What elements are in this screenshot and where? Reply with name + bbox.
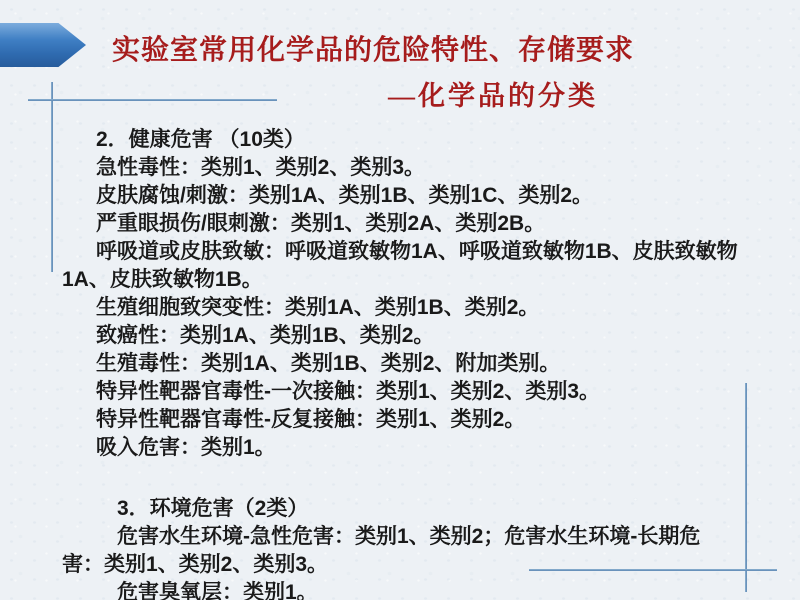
body-line-environment-hazard-heading: 3．环境危害（2类） <box>62 495 768 523</box>
body-line-stot-repeated-exposure: 特异性靶器官毒性-反复接触：类别1、类别2。 <box>62 406 768 434</box>
section-gap <box>62 462 768 495</box>
body-line-reproductive-toxicity: 生殖毒性：类别1A、类别1B、类别2、附加类别。 <box>62 350 768 378</box>
slide-title: 实验室常用化学品的危险特性、存储要求 <box>112 28 772 68</box>
body-line-aquatic-hazard: 危害水生环境-急性危害：类别1、类别2；危害水生环境-长期危 <box>62 523 768 551</box>
arrow-banner-icon <box>0 23 86 67</box>
body-line-health-hazard-heading: 2．健康危害 （10类） <box>62 126 768 154</box>
body-line-aspiration-hazard: 吸入危害：类别1。 <box>62 434 768 462</box>
body-line-eye-damage: 严重眼损伤/眼刺激：类别1、类别2A、类别2B。 <box>62 210 768 238</box>
slide-canvas: 实验室常用化学品的危险特性、存储要求 —化学品的分类 2．健康危害 （10类） … <box>0 0 800 600</box>
slide-subtitle: —化学品的分类 <box>388 74 788 113</box>
body-line-ozone-layer-hazard: 危害臭氧层：类别1。 <box>62 579 768 600</box>
body-line-acute-toxicity: 急性毒性：类别1、类别2、类别3。 <box>62 154 768 182</box>
body-line-stot-single-exposure: 特异性靶器官毒性-一次接触：类别1、类别2、类别3。 <box>62 378 768 406</box>
body-line-sensitization-wrap: 1A、皮肤致敏物1B。 <box>62 266 768 294</box>
crosshair-top-left-vertical-line <box>51 82 53 272</box>
body-line-aquatic-hazard-wrap: 害：类别1、类别2、类别3。 <box>62 551 768 579</box>
body-line-germ-cell-mutagenicity: 生殖细胞致突变性：类别1A、类别1B、类别2。 <box>62 294 768 322</box>
body-text-block: 2．健康危害 （10类） 急性毒性：类别1、类别2、类别3。 皮肤腐蚀/刺激：类… <box>62 126 768 600</box>
crosshair-top-left-horizontal-line <box>28 99 277 101</box>
body-line-sensitization: 呼吸道或皮肤致敏：呼吸道致敏物1A、呼吸道致敏物1B、皮肤致敏物 <box>62 238 768 266</box>
body-line-skin-corrosion: 皮肤腐蚀/刺激：类别1A、类别1B、类别1C、类别2。 <box>62 182 768 210</box>
body-line-carcinogenicity: 致癌性：类别1A、类别1B、类别2。 <box>62 322 768 350</box>
